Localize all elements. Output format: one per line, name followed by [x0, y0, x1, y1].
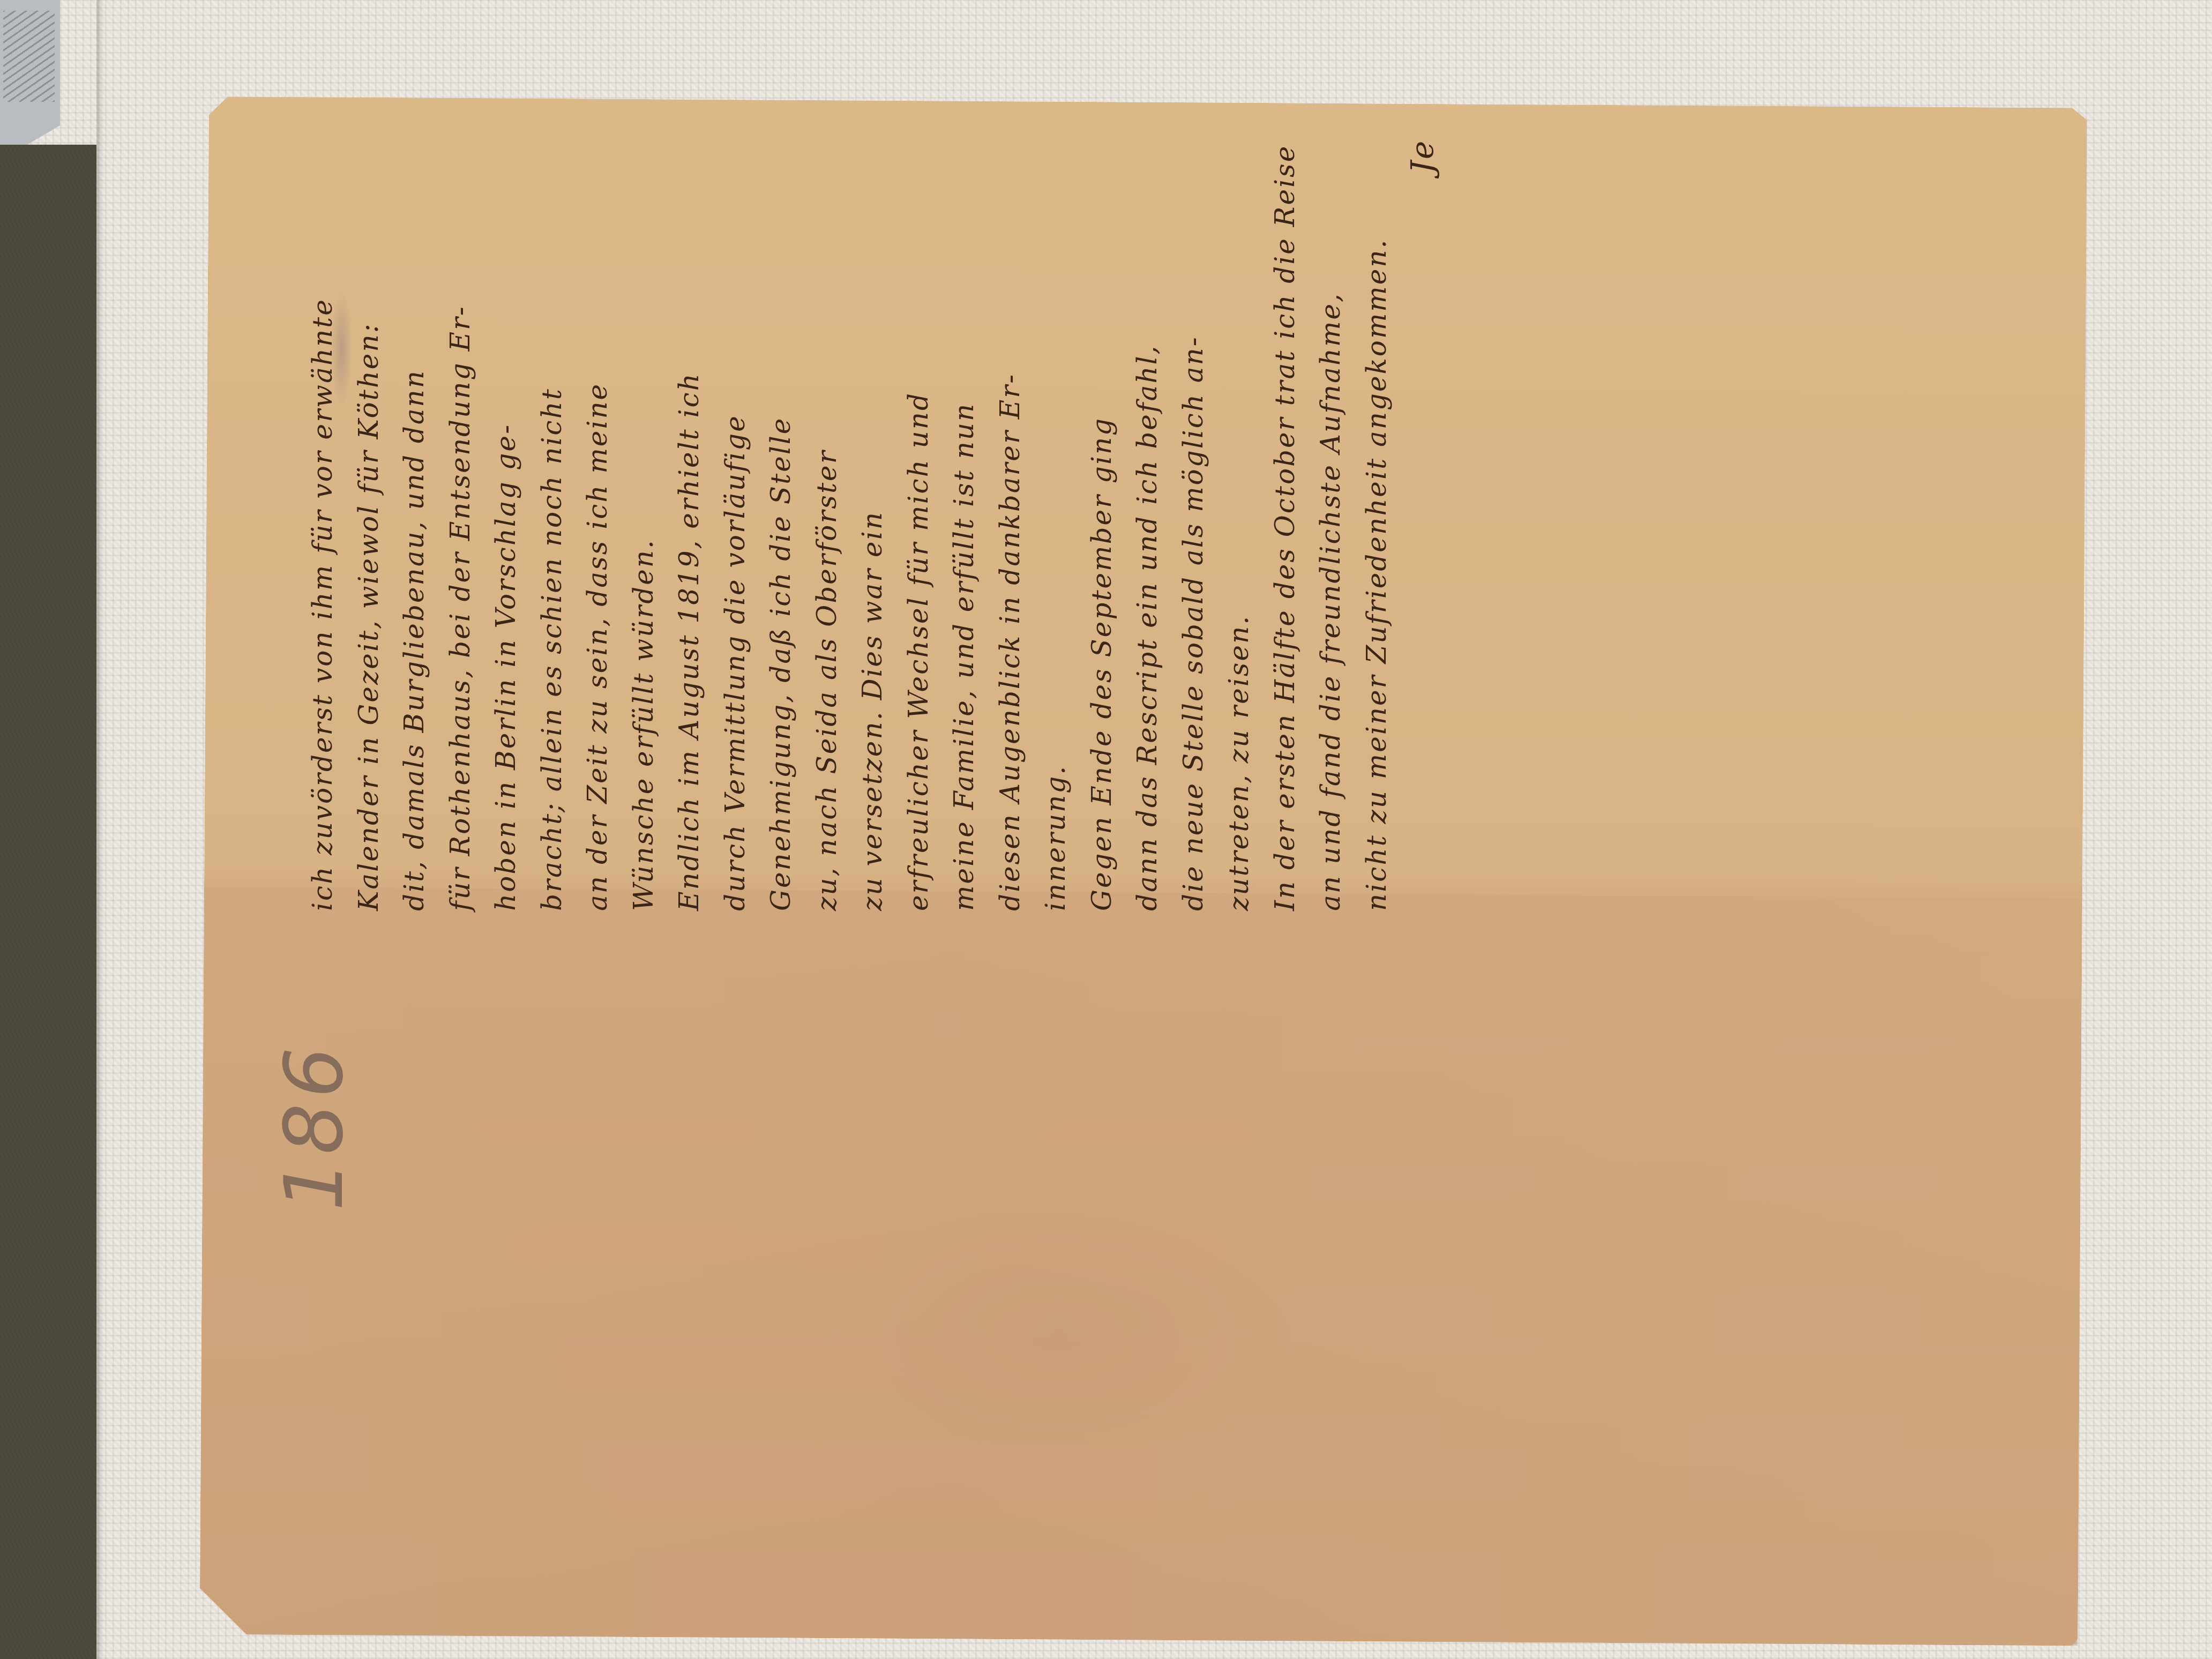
text-line: dann das Rescript ein und ich befahl, — [1125, 118, 1171, 911]
text-line: innerung. — [1033, 118, 1079, 911]
text-line: Wünsche erfüllt würden. — [621, 118, 667, 911]
handwritten-text: ich zuvörderst von ihm für vor erwähnte … — [300, 118, 2101, 911]
text-line: hoben in Berlin in Vorschlag ge- — [483, 118, 529, 911]
text-line: an der Zeit zu sein, dass ich meine — [575, 118, 621, 911]
text-line: die neue Stelle sobald als möglich an- — [1171, 118, 1217, 911]
text-line: Endlich im August 1819, erhielt ich — [667, 118, 713, 911]
linen-edge-shadow — [96, 0, 104, 1659]
pencil-page-number: 186 — [268, 1042, 361, 1211]
text-line: durch Vermittlung die vorläufige — [713, 118, 759, 911]
text-line: bracht; allein es schien noch nicht — [529, 118, 576, 911]
text-line: meine Familie, und erfüllt ist nun — [941, 118, 988, 911]
text-line: Gegen Ende des September ging — [1079, 118, 1125, 911]
paper-discoloration — [817, 1199, 1301, 1469]
text-line: zu versetzen. Dies war ein — [850, 118, 896, 911]
text-line: nicht zu meiner Zufriedenheit angekommen… — [1354, 118, 1400, 911]
text-line: In der ersten Hälfte des October trat ic… — [1262, 118, 1309, 911]
text-line: erfreulicher Wechsel für mich und — [896, 118, 942, 911]
text-line: ich zuvörderst von ihm für vor erwähnte — [300, 118, 346, 911]
catchword: Je — [1400, 118, 1446, 911]
text-line: an und fand die freundlichste Aufnahme, — [1308, 118, 1354, 911]
text-line: für Rothenhaus, bei der Entsendung Er- — [438, 118, 484, 911]
text-line: Genehmigung, daß ich die Stelle — [758, 118, 804, 911]
text-line: zutreten, zu reisen. — [1216, 118, 1262, 911]
dark-backing-strip — [0, 145, 96, 1659]
text-line: Kalender in Gezeit, wiewol für Köthen: — [346, 118, 392, 911]
text-line: diesen Augenblick in dankbarer Er- — [988, 118, 1034, 911]
paper-fragment — [0, 0, 60, 161]
text-line: dit, damals Burgliebenau, und dann — [392, 118, 438, 911]
text-line: zu, nach Seida als Oberförster — [804, 118, 850, 911]
fragment-print — [3, 11, 55, 102]
